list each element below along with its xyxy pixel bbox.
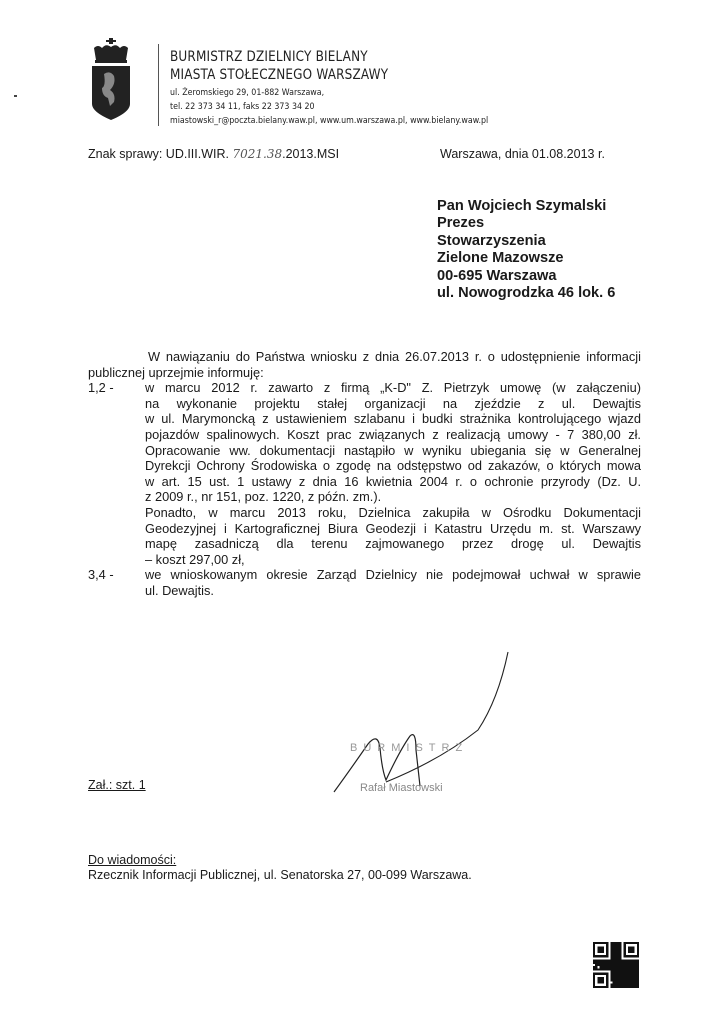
text-line: – koszt 297,00 zł, [145, 552, 641, 568]
item-list: 1,2 -w marcu 2012 r. zawarto z firmą „K-… [88, 380, 641, 598]
recipient-address: Pan Wojciech SzymalskiPrezesStowarzyszen… [437, 198, 615, 302]
case-reference: Znak sprawy: UD.III.WIR. 7021.38.2013.MS… [88, 147, 339, 161]
letter-date: Warszawa, dnia 01.08.2013 r. [440, 147, 605, 161]
list-item-text: w marcu 2012 r. zawarto z firmą „K-D" Z.… [145, 380, 641, 567]
recipient-line: 00-695 Warszawa [437, 268, 615, 285]
text-line: Dyrekcji Ochrony Środowiska o zgodę na o… [145, 458, 641, 474]
cc-label: Do wiadomości: [88, 853, 176, 867]
text-line: w ul. Marymoncką z ustawieniem szlabanu … [145, 411, 641, 427]
signature-stamp-name: Rafał Miastowski [360, 782, 443, 794]
intro-paragraph: W nawiązaniu do Państwa wniosku z dnia 2… [88, 349, 641, 380]
case-reference-label: Znak sprawy: UD.III.WIR. [88, 147, 232, 161]
text-line: ul. Dewajtis. [145, 583, 641, 599]
qr-code-icon [593, 942, 639, 988]
institution-contact: miastowski_r@poczta.bielany.waw.pl, www.… [170, 115, 488, 126]
attachments-note: Zał.: szt. 1 [88, 778, 146, 792]
list-item-number: 1,2 - [88, 380, 145, 567]
recipient-line: Pan Wojciech Szymalski [437, 198, 615, 215]
text-line: Geodezyjnej i Kartograficznej Biura Geod… [145, 521, 641, 537]
letter-body: W nawiązaniu do Państwa wniosku z dnia 2… [88, 349, 641, 599]
text-line: na wykonanie projektu stałej organizacji… [145, 396, 641, 412]
signature-stamp-title: BURMISTRZ [350, 742, 468, 754]
text-line: mapę zasadniczą dla terenu zajmowanego p… [145, 536, 641, 552]
case-reference-suffix: .2013.MSI [282, 147, 339, 161]
scan-speck [14, 95, 17, 97]
list-item: 3,4 -we wnioskowanym okresie Zarząd Dzie… [88, 567, 641, 598]
text-line: Opracowanie ww. dokumentacji nastąpiło w… [145, 443, 641, 459]
header-divider [158, 44, 159, 126]
text-line: pojazdów spalinowych. Koszt prac związan… [145, 427, 641, 443]
list-item-text: we wnioskowanym okresie Zarząd Dzielnicy… [145, 567, 641, 598]
text-line: Ponadto, w marcu 2013 roku, Dzielnica za… [145, 505, 641, 521]
recipient-line: Prezes [437, 215, 615, 232]
text-line: w art. 15 ust. 1 ustawy z dnia 16 kwietn… [145, 474, 641, 490]
institution-title-line1: BURMISTRZ DZIELNICY BIELANY [170, 49, 368, 65]
institution-title-line2: MIASTA STOŁECZNEGO WARSZAWY [170, 67, 388, 83]
recipient-line: ul. Nowogrodzka 46 lok. 6 [437, 285, 615, 302]
text-line: we wnioskowanym okresie Zarząd Dzielnicy… [145, 567, 641, 583]
coat-of-arms-icon [90, 38, 132, 122]
institution-address: ul. Żeromskiego 29, 01-882 Warszawa, [170, 87, 324, 98]
list-item-number: 3,4 - [88, 567, 145, 598]
recipient-line: Stowarzyszenia [437, 233, 615, 250]
list-item: 1,2 -w marcu 2012 r. zawarto z firmą „K-… [88, 380, 641, 567]
text-line: z 2009 r., nr 151, poz. 1220, z późn. zm… [145, 489, 641, 505]
text-line: w marcu 2012 r. zawarto z firmą „K-D" Z.… [145, 380, 641, 396]
case-reference-handwritten: 7021.38 [232, 147, 282, 161]
cc-recipient: Rzecznik Informacji Publicznej, ul. Sena… [88, 868, 472, 882]
institution-phone: tel. 22 373 34 11, faks 22 373 34 20 [170, 101, 315, 112]
recipient-line: Zielone Mazowsze [437, 250, 615, 267]
